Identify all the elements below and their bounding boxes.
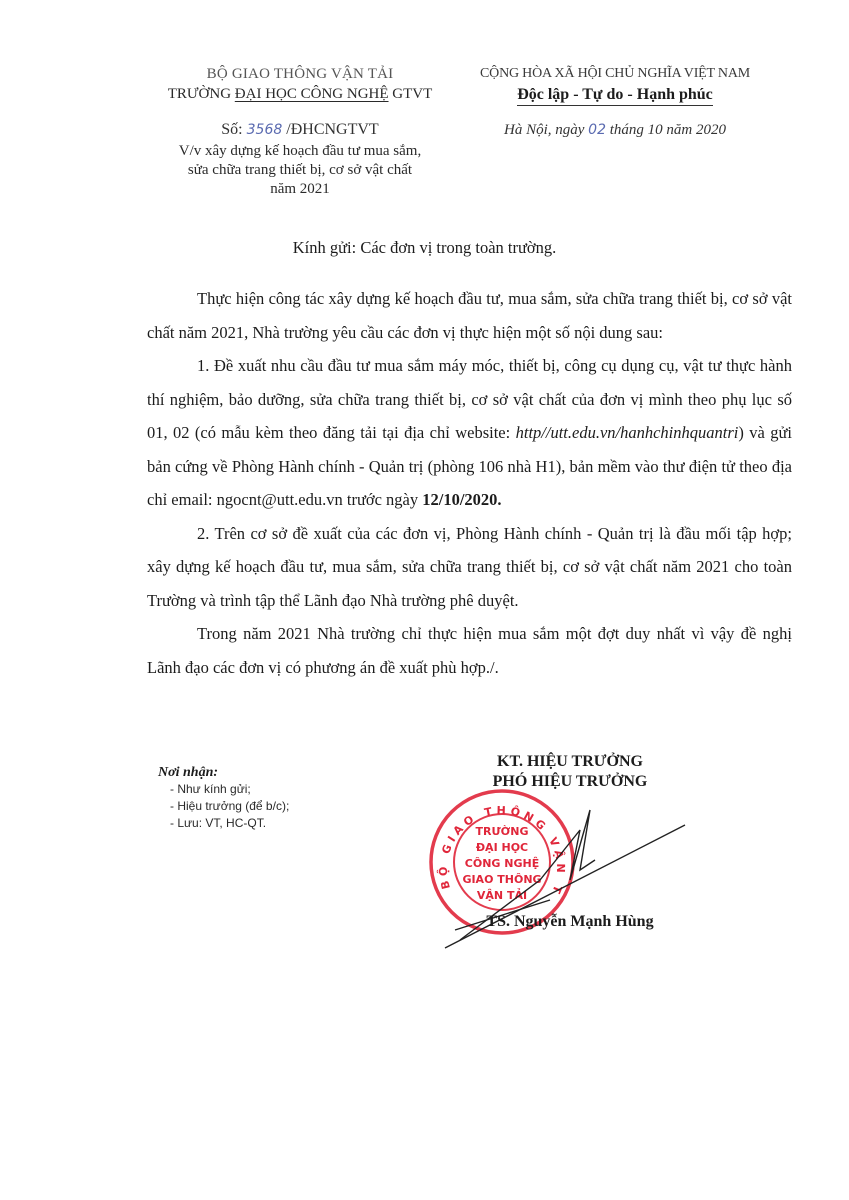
document-number: Số: 3568 /ĐHCNGTVT [140,120,460,140]
header-left: BỘ GIAO THÔNG VẬN TẢI TRƯỜNG ĐẠI HỌC CÔN… [140,64,460,104]
signature-title-1: KT. HIỆU TRƯỞNG [440,752,700,772]
ministry-name: BỘ GIAO THÔNG VẬN TẢI [140,64,460,84]
recipient-item: - Như kính gửi; [158,781,289,798]
signature-title-2: PHÓ HIỆU TRƯỞNG [440,772,700,792]
recipient-item: - Hiệu trưởng (để b/c); [158,798,289,815]
signatory-name: TS. Nguyễn Mạnh Hùng [440,913,700,931]
website-link[interactable]: http//utt.edu.vn/hanhchinhquantri [516,423,739,442]
country-name: CỘNG HÒA XÃ HỘI CHỦ NGHĨA VIỆT NAM [465,64,765,84]
item-2-paragraph: 2. Trên cơ sở đề xuất của các đơn vị, Ph… [147,517,792,618]
handwritten-number: 3568 [247,122,283,138]
document-date: Hà Nội, ngày 02 tháng 10 năm 2020 [465,122,765,139]
deadline: 12/10/2020. [422,490,501,509]
intro-paragraph: Thực hiện công tác xây dựng kế hoạch đầu… [147,282,792,349]
document-body: Thực hiện công tác xây dựng kế hoạch đầu… [147,282,792,684]
motto: Độc lập - Tự do - Hạnh phúc [465,84,765,106]
recipient-line: Kính gửi: Các đơn vị trong toàn trường. [0,238,849,258]
document-subject: V/v xây dựng kế hoạch đầu tư mua sắm, sử… [140,142,460,199]
signature-block: KT. HIỆU TRƯỞNG PHÓ HIỆU TRƯỞNG [440,752,700,792]
closing-paragraph: Trong năm 2021 Nhà trường chỉ thực hiện … [147,617,792,684]
item-1-paragraph: 1. Đề xuất nhu cầu đầu tư mua sắm máy mó… [147,349,792,517]
handwritten-signature [430,790,710,960]
recipient-item: - Lưu: VT, HC-QT. [158,815,289,832]
recipients-title: Nơi nhận: [158,764,289,781]
school-name: TRƯỜNG ĐẠI HỌC CÔNG NGHỆ GTVT [140,84,460,104]
recipients-block: Nơi nhận: - Như kính gửi; - Hiệu trưởng … [158,764,289,832]
header-right: CỘNG HÒA XÃ HỘI CHỦ NGHĨA VIỆT NAM Độc l… [465,64,765,106]
